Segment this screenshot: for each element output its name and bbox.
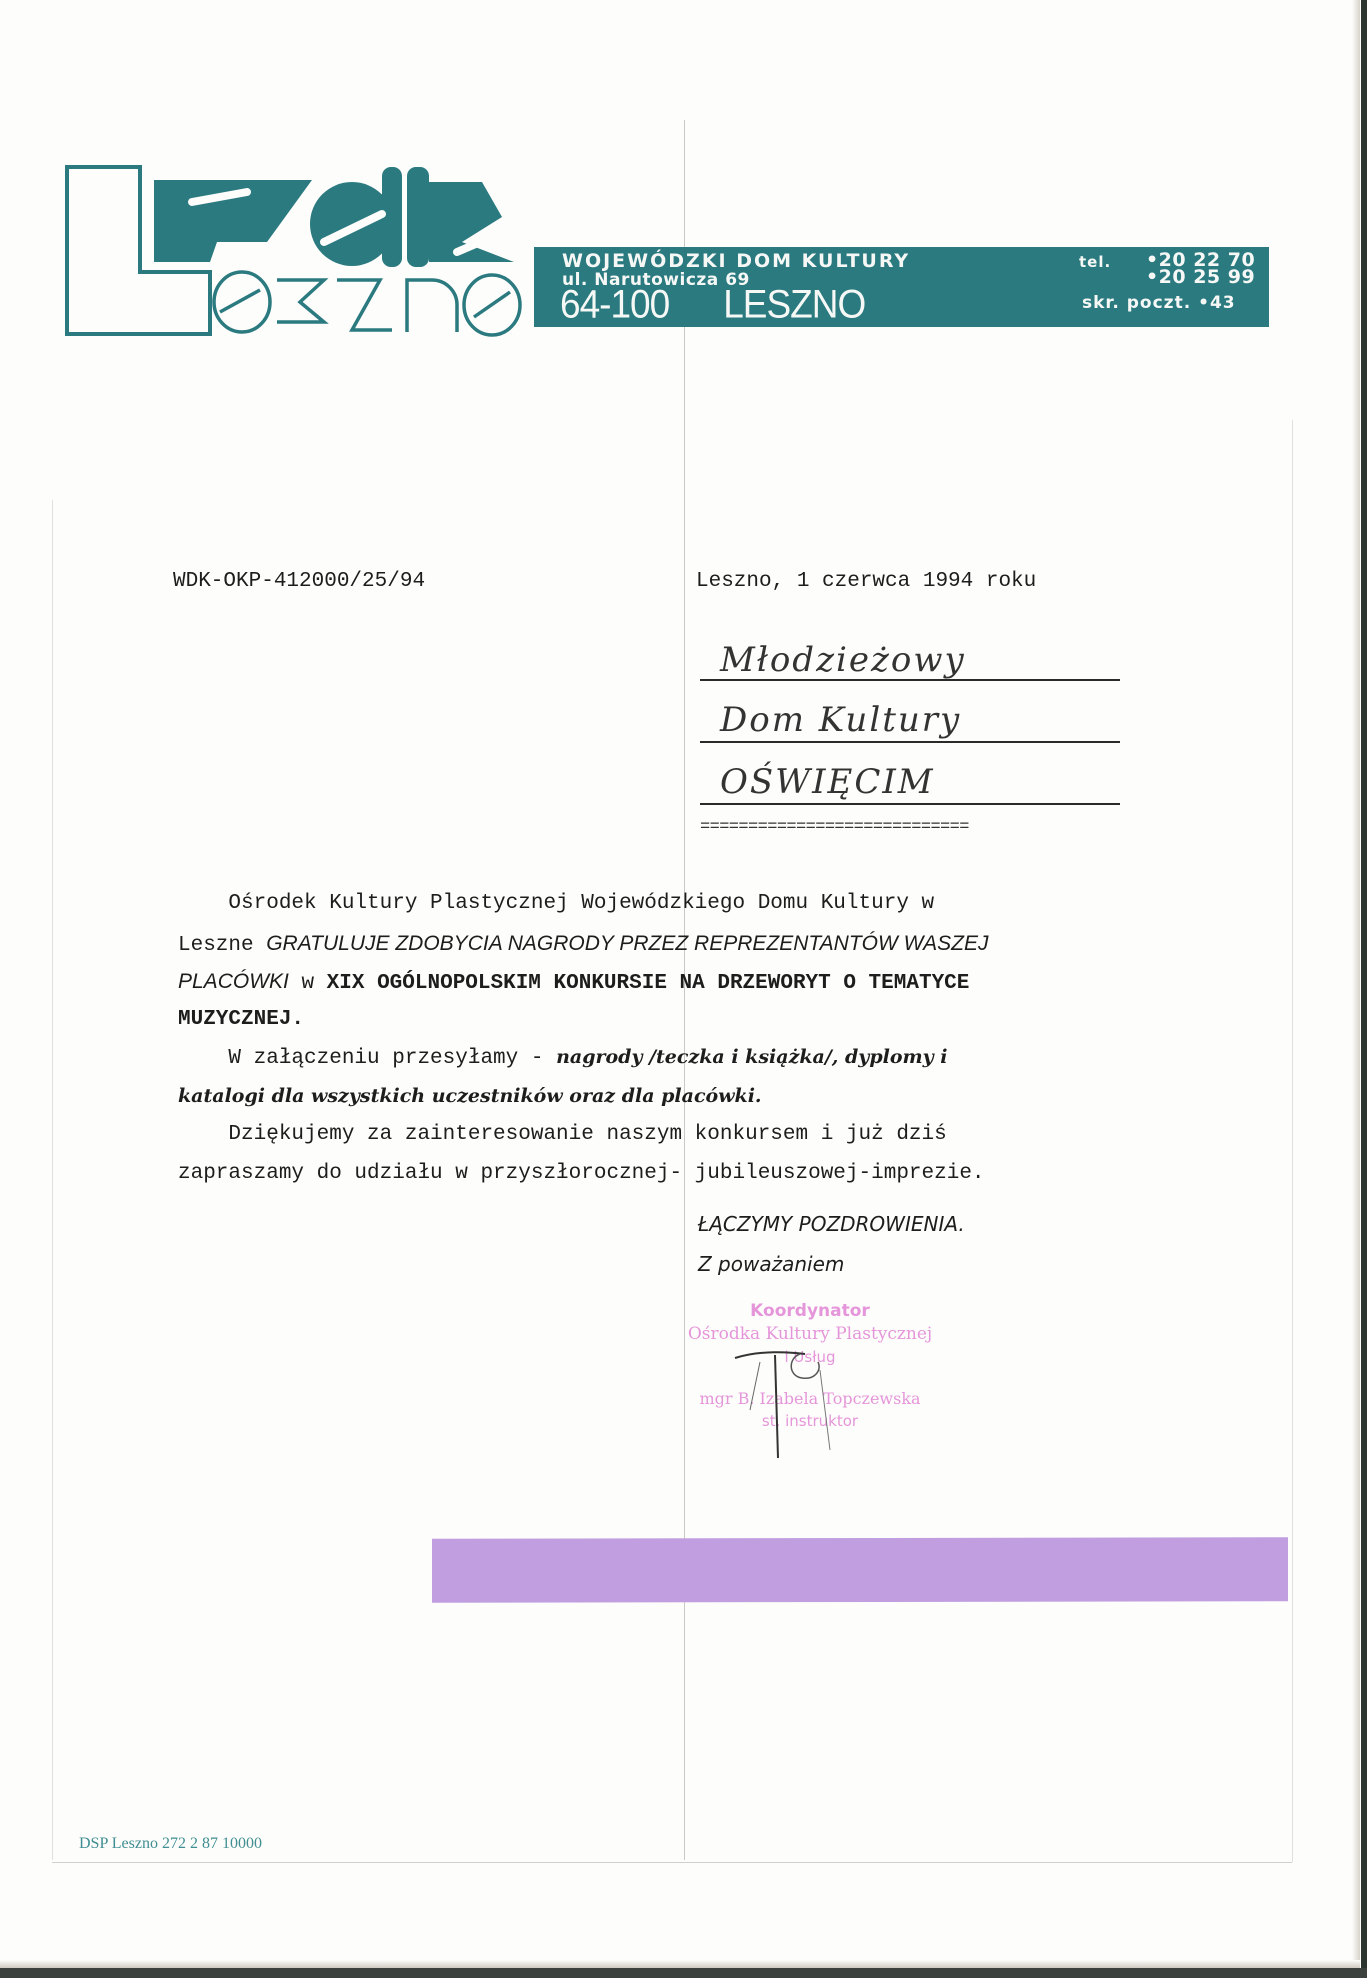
body-p3-line1: Dziękujemy za zainteresowanie naszym kon…: [178, 1123, 947, 1146]
organization-name: WOJEWÓDZKI DOM KULTURY: [562, 250, 910, 272]
addressee-line-2: Dom Kultury: [720, 700, 961, 740]
letter-date: Leszno, 1 czerwca 1994 roku: [696, 570, 1036, 593]
scan-edge-shadow-bottom: [0, 1960, 1360, 1968]
addressee-line-1: Młodzieżowy: [720, 640, 966, 680]
addressee-rule-3: [700, 803, 1120, 805]
body-p2-line2: katalogi dla wszystkich uczestników oraz…: [178, 1085, 762, 1107]
scan-edge-bottom: [0, 1968, 1367, 1978]
wdk-leszno-logo: [62, 162, 522, 337]
frame-line-right: [1292, 420, 1293, 1862]
postal-code: 64-100: [560, 282, 669, 326]
body-p1-line3: PLACÓWKI w XIX OGÓLNOPOLSKIM KONKURSIE N…: [178, 970, 969, 995]
phone-number-2: •20 25 99: [1146, 266, 1255, 288]
po-box: skr. poczt. •43: [1082, 293, 1236, 313]
frame-line-bottom: [52, 1862, 1292, 1863]
closing-regards: Z poważaniem: [698, 1252, 844, 1276]
closing-greeting: ŁĄCZYMY POZDROWIENIA.: [698, 1212, 965, 1236]
city-name: LESZNO: [723, 282, 865, 326]
body-p3-line2: zapraszamy do udziału w przyszłorocznej-…: [178, 1162, 985, 1185]
body-p1-line4: MUZYCZNEJ.: [178, 1008, 304, 1031]
addressee-separator: ============================: [700, 818, 969, 837]
frame-line-left: [52, 500, 53, 1860]
reference-number: WDK-OKP-412000/25/94: [173, 570, 425, 593]
body-p2-line1: W załączeniu przesyłamy - nagrody /teczk…: [178, 1046, 947, 1070]
body-emphasis: PLACÓWKI: [178, 970, 289, 993]
body-p1-line1: Ośrodek Kultury Plastycznej Wojewódzkieg…: [178, 892, 934, 915]
scan-edge-shadow: [1352, 0, 1360, 1978]
body-emphasis: nagrody /teczka i książka/, dyplomy i: [556, 1046, 947, 1068]
addressee-rule-2: [700, 741, 1120, 743]
tel-label: tel.: [1079, 253, 1111, 271]
postal-city: 64-100LESZNO: [560, 282, 865, 327]
scan-edge-right: [1361, 0, 1367, 1978]
addressee-rule-1: [700, 679, 1120, 681]
stamp-title: Koordynator: [650, 1300, 970, 1323]
handwritten-signature: [730, 1340, 840, 1460]
body-text: W załączeniu przesyłamy -: [178, 1047, 556, 1070]
contest-name: XIX OGÓLNOPOLSKIM KONKURSIE NA DRZEWORYT…: [327, 972, 970, 995]
printer-imprint: DSP Leszno 272 2 87 10000: [79, 1835, 262, 1853]
body-text: Leszne: [178, 934, 266, 957]
body-emphasis: GRATULUJE ZDOBYCIA NAGRODY PRZEZ REPREZE…: [266, 932, 988, 955]
body-text: w: [289, 972, 327, 995]
letterhead-band: WOJEWÓDZKI DOM KULTURY ul. Narutowicza 6…: [534, 247, 1269, 327]
body-p1-line2: Leszne GRATULUJE ZDOBYCIA NAGRODY PRZEZ …: [178, 932, 988, 957]
purple-paper-strip: [432, 1537, 1288, 1602]
addressee-line-3: OŚWIĘCIM: [720, 762, 935, 802]
